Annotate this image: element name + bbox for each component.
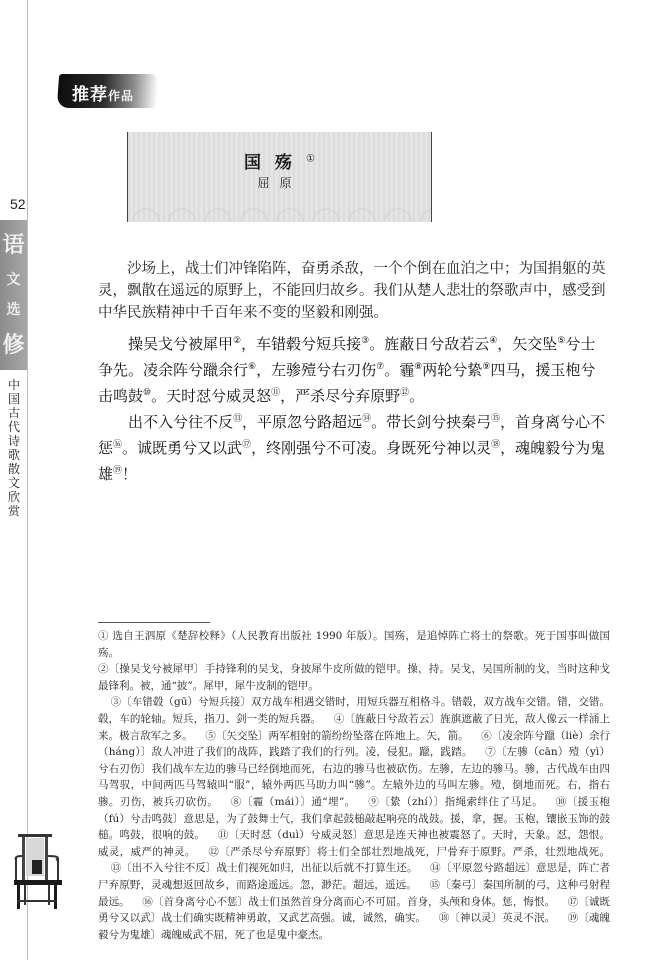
- poem-line-text: ，左骖殪兮右刃伤: [256, 361, 376, 379]
- poem-line-text: ，严杀尽兮弃原野: [280, 387, 400, 405]
- poem-line-text: 出不入兮往不反: [128, 413, 233, 431]
- footnote-item: ⑤〔矢交坠〕两军相射的箭纷纷坠落在阵地上。矢，箭。: [205, 730, 468, 742]
- poem-stanza-2: 出不入兮往不反⑬，平原忽兮路超远⑭。带长剑兮挟秦弓⑮，首身离兮心不惩⑯。诚既勇兮…: [98, 408, 610, 486]
- poem-line-text: 操吴戈兮被犀甲: [128, 335, 233, 353]
- poem-line-text: ，矢交坠: [497, 335, 557, 353]
- poem-line-text: ，车错毂兮短兵接: [241, 335, 361, 353]
- side-band-char: 语: [2, 234, 24, 256]
- footnote-ref[interactable]: ⑬: [233, 414, 242, 424]
- side-band-char: 选: [7, 303, 21, 317]
- footnote-ref[interactable]: ⑫: [400, 388, 409, 398]
- poem-line-text: ，终刚强兮不可凌。身既死兮神以灵: [251, 439, 491, 457]
- poem-line-text: 。天时怼兮威灵怒: [151, 387, 271, 405]
- footnote-ref[interactable]: ⑭: [362, 414, 371, 424]
- section-banner-label: 推荐作品: [72, 80, 134, 105]
- footnote-ref[interactable]: ⑩: [143, 388, 151, 398]
- page-margin-rule: [27, 0, 28, 960]
- footnotes: ① 选自王泗原《楚辞校释》（人民教育出版社 1990 年版）。国殇，是追悼阵亡将…: [98, 628, 610, 943]
- footnote-ref[interactable]: ⑰: [242, 440, 251, 450]
- banner-main-text: 推荐: [72, 85, 108, 105]
- side-band-char: 文: [7, 273, 21, 287]
- footnote-ref[interactable]: ③: [361, 336, 369, 346]
- poem-line-text: ，平原忽兮路超远: [242, 413, 362, 431]
- poem-line-text: 。: [409, 387, 424, 405]
- poem-line-text: ！: [122, 465, 137, 483]
- poem-introduction: 沙场上，战士们冲锋陷阵，奋勇杀敌，一个个倒在血泊之中；为国捐躯的英灵，飘散在遥远…: [98, 258, 610, 324]
- poem-stanza-1: 操吴戈兮被犀甲②，车错毂兮短兵接③。旌蔽日兮敌若云④，矢交坠⑤兮士争先。凌余阵兮…: [98, 330, 610, 408]
- footnote-ref[interactable]: ⑱: [491, 440, 500, 450]
- poem-line-text: 两轮兮絷: [422, 361, 482, 379]
- footnote-ref[interactable]: ⑥: [248, 362, 256, 372]
- footnote-ref[interactable]: ⑪: [271, 388, 280, 398]
- decorative-chair-illustration: [12, 830, 66, 912]
- footnote-divider: [98, 622, 210, 623]
- banner-small-text: 作品: [108, 89, 134, 103]
- footnote-item: ⑧〔霾（mái）〕通“埋”。: [231, 796, 356, 808]
- footnote-item: ⑬〔出不入兮往不反〕战士们视死如归，出征以后就不打算生还。: [111, 862, 418, 874]
- footnote-ref[interactable]: ⑲: [113, 466, 122, 476]
- footnote-item: ⑯〔首身离兮心不惩〕战士们虽然首身分离而心不可屈。首身，头颅和身体。惩，悔恨。: [142, 896, 555, 908]
- footnote-item: ⑨〔絷（zhí）〕指绳索绊住了马足。: [368, 796, 543, 808]
- page-number: 52: [10, 196, 26, 212]
- footnote-ref[interactable]: ②: [233, 336, 241, 346]
- footnote-ref[interactable]: ①: [306, 153, 315, 164]
- footnote-item: ②〔操吴戈兮被犀甲〕手持锋利的吴戈，身披犀牛皮所做的铠甲。操，持。吴戈，吴国所制…: [98, 661, 610, 694]
- footnote-item: ① 选自王泗原《楚辞校释》（人民教育出版社 1990 年版）。国殇，是追悼阵亡将…: [98, 628, 610, 661]
- poem-line-text: 。带长剑兮挟秦弓: [371, 413, 491, 431]
- footnote-item: ⑱〔神以灵〕英灵不泯。: [439, 912, 555, 924]
- side-band-series-title: 语 文 选 修: [0, 220, 27, 370]
- poem-title-box: 国殇① 屈原: [127, 132, 432, 222]
- footnote-ref[interactable]: ⑮: [491, 414, 500, 424]
- decorative-scallop-border: [128, 198, 431, 222]
- footnote-ref[interactable]: ⑦: [376, 362, 384, 372]
- poem-line-text: 。诚既勇兮又以武: [122, 439, 242, 457]
- side-book-subtitle: 中国古代诗歌散文欣赏: [6, 378, 22, 518]
- poem-title-text: 国殇: [244, 153, 306, 173]
- side-band-char: 修: [2, 334, 24, 356]
- poem-line-text: 。旌蔽日兮敌若云: [369, 335, 489, 353]
- poem-author: 屈原: [128, 174, 431, 191]
- footnote-ref[interactable]: ⑯: [113, 440, 122, 450]
- poem-line-text: 。霾: [384, 361, 414, 379]
- footnote-item: ⑫〔严杀尽兮弃原野〕将士们全部壮烈地战死，尸骨弃于原野。严杀，壮烈地战死。: [208, 846, 610, 858]
- poem-title: 国殇①: [128, 148, 431, 173]
- poem-body: 操吴戈兮被犀甲②，车错毂兮短兵接③。旌蔽日兮敌若云④，矢交坠⑤兮士争先。凌余阵兮…: [98, 330, 610, 486]
